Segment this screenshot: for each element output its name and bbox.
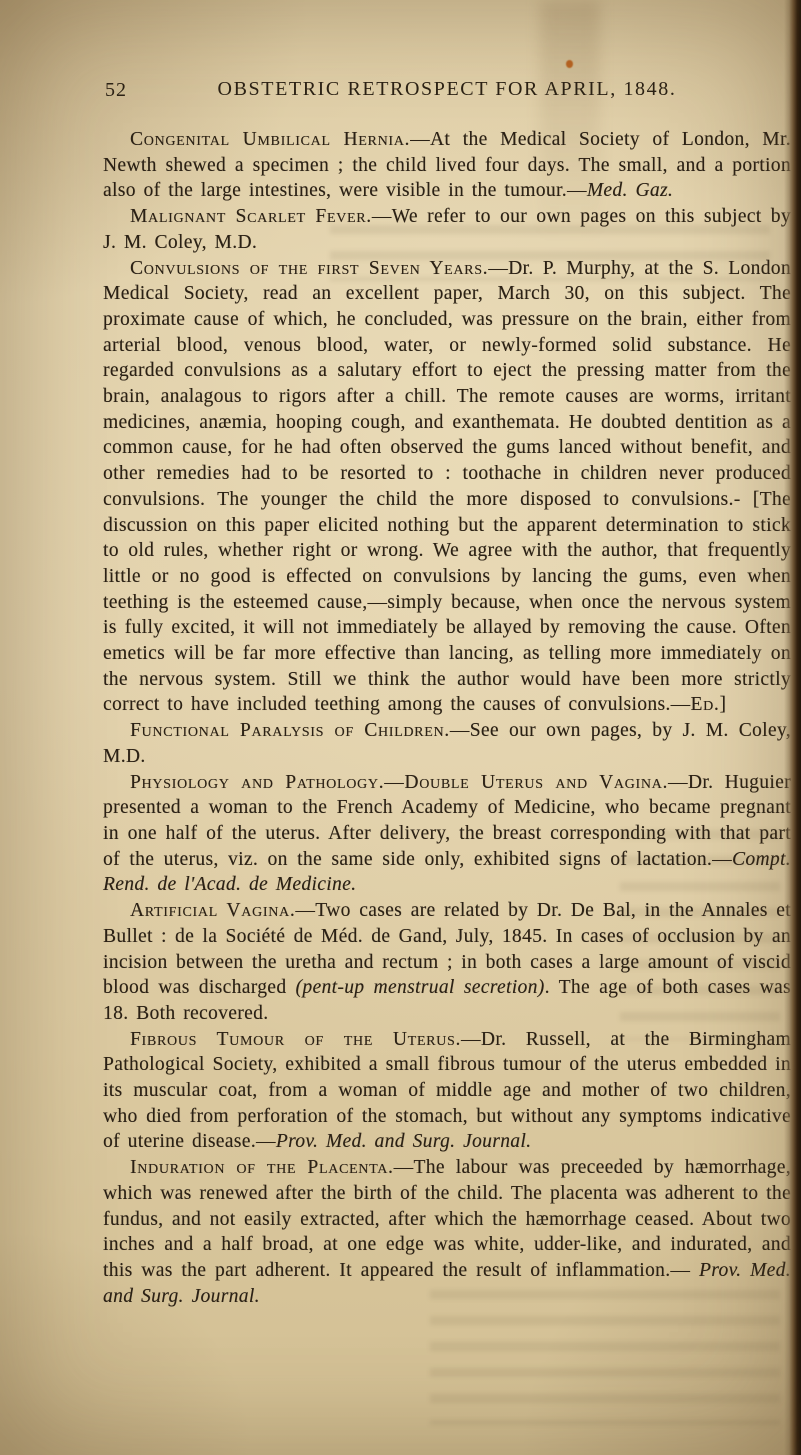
paragraph: Functional Paralysis of Children.—See ou… [103, 718, 791, 769]
rust-stain [566, 60, 573, 68]
citation: (pent-up menstrual secretion) [296, 977, 545, 998]
section-heading: Congenital Umbilical Hernia. [130, 129, 410, 150]
citation: Med. Gaz. [587, 180, 673, 201]
running-title: OBSTETRIC RETROSPECT FOR APRIL, 1848. [103, 78, 791, 101]
citation: Prov. Med. and Surg. Journal. [276, 1131, 532, 1152]
page-header: 52 OBSTETRIC RETROSPECT FOR APRIL, 1848. [103, 78, 791, 104]
section-heading: Induration of the Placenta. [130, 1157, 394, 1178]
ink-showthrough [430, 1290, 780, 1425]
scanned-book-page: 52 OBSTETRIC RETROSPECT FOR APRIL, 1848.… [0, 0, 801, 1455]
paragraph: Malignant Scarlet Fever.—We refer to our… [103, 204, 791, 255]
section-heading: Functional Paralysis of Children. [130, 720, 450, 741]
section-heading: Ed. [690, 694, 719, 715]
paragraph: Induration of the Placenta.—The labour w… [103, 1155, 791, 1309]
paragraph: Convulsions of the first Seven Years.—Dr… [103, 256, 791, 719]
page-number: 52 [105, 79, 127, 102]
section-heading: Convulsions of the first Seven Years. [130, 258, 488, 279]
section-heading: Artificial Vagina. [130, 900, 295, 921]
book-edge-shadow [784, 0, 801, 1455]
paragraph: Artificial Vagina.—Two cases are related… [103, 898, 791, 1027]
paragraph: Fibrous Tumour of the Uterus.—Dr. Russel… [103, 1027, 791, 1156]
article-text-block: Congenital Umbilical Hernia.—At the Medi… [103, 127, 791, 1309]
section-heading: Fibrous Tumour of the Uterus. [130, 1029, 461, 1050]
section-heading: Physiology and Pathology.—Double Uterus … [130, 772, 668, 793]
section-heading: Malignant Scarlet Fever. [130, 206, 372, 227]
paragraph: Physiology and Pathology.—Double Uterus … [103, 770, 791, 899]
body-text: ] [719, 694, 726, 715]
paragraph: Congenital Umbilical Hernia.—At the Medi… [103, 127, 791, 204]
body-text: —Dr. P. Murphy, at the S. London Medical… [103, 258, 791, 716]
